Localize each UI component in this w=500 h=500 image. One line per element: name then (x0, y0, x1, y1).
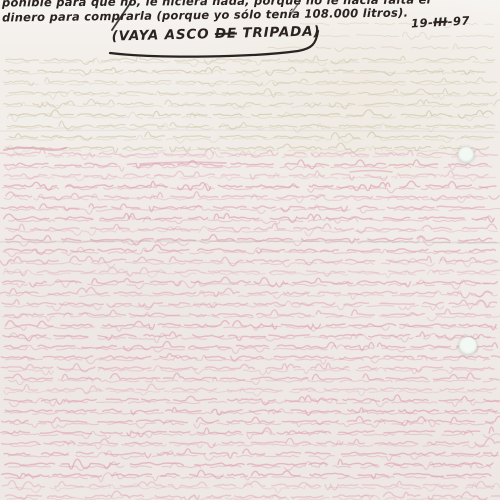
date-day: 19- (411, 15, 434, 30)
annotation-struck-word: DE (215, 25, 237, 42)
annotation-pre: (VAYA ASCO (111, 26, 215, 45)
punch-hole (458, 147, 474, 163)
date-month-roman: III (433, 15, 448, 30)
date: 19-III-97 (411, 13, 471, 30)
annotation-post: TRIPADA) (237, 23, 321, 41)
ink-writing-layer: ponible para que no, le hiciera nada, po… (0, 0, 500, 500)
scanned-page: ponible para que no, le hiciera nada, po… (0, 0, 500, 500)
punch-hole (459, 337, 477, 355)
annotation-vaya-asco: (VAYA ASCO DE TRIPADA) (102, 23, 330, 45)
date-year: -97 (447, 13, 470, 28)
